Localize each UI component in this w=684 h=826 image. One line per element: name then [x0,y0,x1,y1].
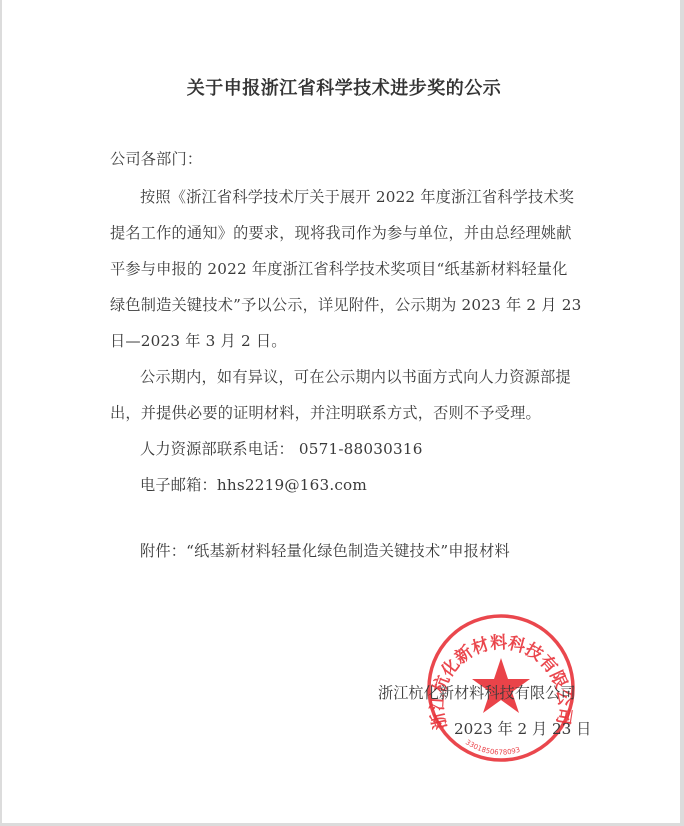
document-title: 关于申报浙江省科学技术进步奖的公示 [2,74,684,100]
contact-phone: 人力资源部联系电话： 0571-88030316 [140,438,423,459]
document-page: 关于申报浙江省科学技术进步奖的公示 公司各部门： 按照《浙江省科学技术厅关于展开… [2,0,680,823]
paragraph2-line2: 出，并提供必要的证明材料，并注明联系方式，否则不予受理。 [110,402,541,423]
paragraph1-line1: 按照《浙江省科学技术厅关于展开 2022 年度浙江省科学技术奖 [140,186,574,207]
paragraph2-line1: 公示期内，如有异议，可在公示期内以书面方式向人力资源部提 [140,366,571,387]
attachment-note: 附件：“纸基新材料轻量化绿色制造关键技术”申报材料 [140,540,510,561]
paragraph1-line5: 日—2023 年 3 月 2 日。 [110,330,287,351]
signature-company: 浙江杭化新材料科技有限公司 [378,682,575,703]
contact-email: 电子邮箱：hhs2219@163.com [140,474,367,495]
paragraph1-line3: 平参与申报的 2022 年度浙江省科学技术奖项目“纸基新材料轻量化 [110,258,568,279]
paragraph1-line4: 绿色制造关键技术”予以公示，详见附件，公示期为 2023 年 2 月 23 [110,294,581,315]
paragraph1-line2: 提名工作的通知》的要求，现将我司作为参与单位，并由总经理姚献 [110,222,572,243]
salutation: 公司各部门： [110,148,202,169]
signature-date: 2023 年 2 月 23 日 [454,718,591,739]
